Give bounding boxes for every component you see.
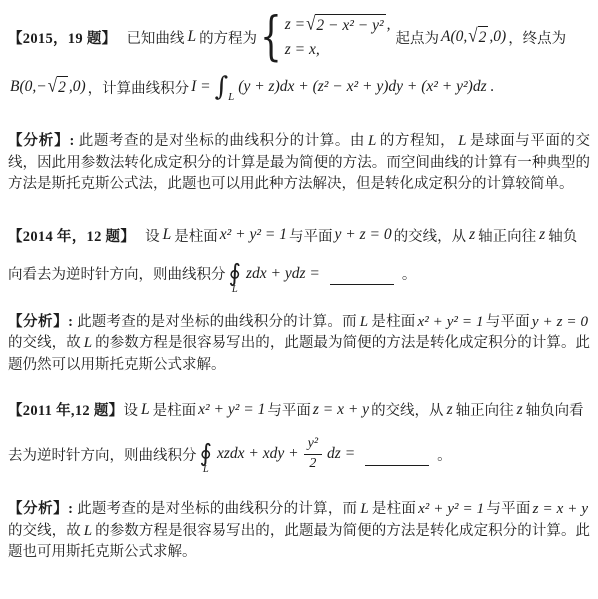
- text-run: 。: [402, 263, 417, 284]
- text-run: 的方程为: [199, 27, 257, 48]
- answer-blank: [330, 272, 394, 285]
- contour-integral-sign-icon: ∮: [200, 442, 213, 465]
- text-run: 的参数方程是很容易写出的，此题最为简便的方法是转化成定积分的计算。此题也可用斯托…: [8, 523, 590, 561]
- text-run: 设: [145, 225, 160, 246]
- analysis-2011: 【分析】: 此题考查的是对坐标的曲线积分的计算，而L是柱面x² + y² = 1…: [8, 499, 590, 564]
- equation-tail: ,: [387, 16, 391, 34]
- math-var-L: L: [360, 314, 368, 330]
- integrand: (y + z)dx + (z² − x² + y)dy + (x² + y²)d…: [238, 78, 494, 96]
- text-run: ，终点为: [508, 27, 566, 48]
- text-run: 的交线，从: [371, 399, 444, 420]
- plane-equation: y + z = 0: [532, 314, 588, 330]
- problem-2015-line2: B(0,−√2,0) ，计算曲线积分 I = ∫ L (y + z)dx + (…: [8, 68, 590, 106]
- text-run: 与平面: [486, 501, 530, 517]
- text-run: 是柱面: [372, 501, 416, 517]
- math-var-z: z: [539, 226, 545, 244]
- equation-system: { z = √ 2 − x² − y² , z = x,: [260, 12, 392, 62]
- radicand: 2: [478, 26, 489, 47]
- text-run: 去为逆时针方向，则曲线积分: [8, 444, 197, 465]
- text-run: 轴正向往: [456, 399, 514, 420]
- integrand: zdx + ydz =: [246, 265, 320, 283]
- math-exam-document: 【2015，19 题】 已知曲线 L 的方程为 { z = √ 2 − x² −…: [0, 0, 598, 564]
- plane-equation: z = x + y: [313, 401, 369, 419]
- problem-2014-line2: 向看去为逆时针方向，则曲线积分 ∮ L zdx + ydz = 。: [8, 250, 590, 298]
- cylinder-equation: x² + y² = 1: [220, 226, 287, 244]
- point-B-pre: B(0,−: [10, 78, 47, 95]
- point-A-post: ,0): [489, 28, 506, 45]
- math-var-L: L: [368, 133, 376, 149]
- text-run: 与平面: [267, 399, 311, 420]
- problem-2014: 【2014 年，12 题】 设 L 是柱面 x² + y² = 1 与平面 y …: [8, 225, 590, 298]
- analysis-tag: 【分析】:: [8, 133, 75, 149]
- problem-2015: 【2015，19 题】 已知曲线 L 的方程为 { z = √ 2 − x² −…: [8, 8, 590, 106]
- text-run: 。: [437, 444, 452, 465]
- analysis-2014: 【分析】: 此题考查的是对坐标的曲线积分的计算。而L是柱面x² + y² = 1…: [8, 312, 590, 377]
- problem-2015-tag: 【2015，19 题】: [8, 27, 116, 48]
- fraction-denominator: 2: [309, 455, 316, 472]
- analysis-tag: 【分析】:: [8, 501, 73, 517]
- plane-equation: y + z = 0: [335, 226, 392, 244]
- math-var-z: z: [469, 226, 475, 244]
- text-run: 轴负: [548, 225, 577, 246]
- text-run: 的参数方程是很容易写出的，此题最为简便的方法是转化成定积分的计算。此题仍然可以用…: [8, 335, 590, 373]
- math-var-L: L: [84, 523, 92, 539]
- problem-2014-line1: 【2014 年，12 题】 设 L 是柱面 x² + y² = 1 与平面 y …: [8, 225, 590, 246]
- math-var-L: L: [163, 226, 172, 244]
- square-root: √ 2 − x² − y²: [306, 14, 386, 35]
- text-run: 起点为: [396, 27, 440, 48]
- contour-integral-sign-icon: ∮: [229, 262, 242, 285]
- contour-integral: ∮ L: [229, 262, 242, 295]
- radical-sign-icon: √: [48, 75, 57, 97]
- document-page: { "document": { "background": "#ffffff",…: [0, 0, 598, 599]
- text-run: 的方程知，: [379, 133, 455, 149]
- radicand: 2: [57, 76, 68, 97]
- integral-lhs: I =: [191, 78, 211, 96]
- equation-lhs: z =: [285, 16, 305, 34]
- problem-2011-line2: 去为逆时针方向，则曲线积分 ∮ L xzdx + xdy + y² 2 dz =…: [8, 426, 590, 482]
- integral-subscript: L: [228, 91, 234, 103]
- math-var-z: z: [447, 401, 453, 419]
- integrand-part-a: xzdx + xdy +: [217, 445, 299, 463]
- line-integral: ∫ L: [215, 74, 235, 100]
- cylinder-equation: x² + y² = 1: [418, 314, 484, 330]
- radical-sign-icon: √: [306, 13, 315, 35]
- text-run: 已知曲线: [126, 27, 184, 48]
- radicand: 2 − x² − y²: [315, 14, 385, 35]
- text-run: 是柱面: [153, 399, 197, 420]
- text-run: 此题考查的是对坐标的曲线积分的计算，而: [77, 501, 357, 517]
- square-root: √2: [48, 76, 68, 97]
- problem-2015-line1: 【2015，19 题】 已知曲线 L 的方程为 { z = √ 2 − x² −…: [8, 8, 590, 66]
- system-rows: z = √ 2 − x² − y² , z = x,: [283, 12, 393, 62]
- square-root: √2: [468, 26, 488, 47]
- text-run: 的交线，故: [8, 335, 81, 351]
- cylinder-equation: x² + y² = 1: [198, 401, 265, 419]
- plane-equation: z = x + y: [533, 501, 588, 517]
- math-var-L: L: [84, 335, 92, 351]
- cylinder-equation: x² + y² = 1: [418, 501, 484, 517]
- math-var-L: L: [360, 501, 368, 517]
- text-run: 轴负向看: [526, 399, 584, 420]
- math-var-z: z: [517, 401, 523, 419]
- problem-2014-tag: 【2014 年，12 题】: [8, 225, 135, 246]
- problem-2011-line1: 【2011 年,12 题】 设 L 是柱面 x² + y² = 1 与平面 z …: [8, 399, 590, 420]
- fraction-numerator: y²: [304, 436, 322, 454]
- text-run: 与平面: [485, 314, 529, 330]
- integral-subscript: L: [203, 465, 209, 476]
- analysis-2015: 【分析】: 此题考查的是对坐标的曲线积分的计算。由L的方程知，L是球面与平面的交…: [8, 131, 590, 196]
- integrand-part-b: dz =: [327, 445, 355, 463]
- text-run: 此题考查的是对坐标的曲线积分的计算。由: [79, 133, 365, 149]
- point-B: B(0,−√2,0): [10, 76, 86, 97]
- contour-integral: ∮ L: [200, 442, 213, 475]
- integral-sign-icon: ∫: [215, 74, 229, 100]
- system-row-2: z = x,: [285, 37, 391, 62]
- text-run: ，计算曲线积分: [88, 77, 190, 98]
- math-var-L: L: [187, 28, 196, 46]
- text-run: 是柱面: [174, 225, 218, 246]
- integral-subscript: L: [232, 285, 238, 296]
- problem-2011: 【2011 年,12 题】 设 L 是柱面 x² + y² = 1 与平面 z …: [8, 399, 590, 482]
- text-run: 轴正向往: [478, 225, 536, 246]
- text-run: 是柱面: [371, 314, 415, 330]
- text-run: 与平面: [289, 225, 333, 246]
- problem-2011-tag: 【2011 年,12 题】: [8, 399, 123, 420]
- point-B-post: ,0): [69, 78, 86, 95]
- analysis-tag: 【分析】:: [8, 314, 73, 330]
- point-A: A(0,√2,0): [441, 26, 506, 47]
- text-run: 向看去为逆时针方向，则曲线积分: [8, 263, 226, 284]
- system-row-1: z = √ 2 − x² − y² ,: [285, 12, 391, 37]
- radical-sign-icon: √: [468, 25, 477, 47]
- answer-blank: [365, 453, 429, 466]
- math-var-L: L: [141, 401, 150, 419]
- text-run: 此题考查的是对坐标的曲线积分的计算。而: [77, 314, 357, 330]
- math-var-L: L: [458, 133, 466, 149]
- text-run: 的交线，故: [8, 523, 81, 539]
- text-run: 的交线，从: [394, 225, 467, 246]
- point-A-pre: A(0,: [441, 28, 467, 45]
- fraction: y² 2: [304, 436, 322, 471]
- text-run: 设: [123, 399, 138, 420]
- left-brace: {: [260, 11, 282, 64]
